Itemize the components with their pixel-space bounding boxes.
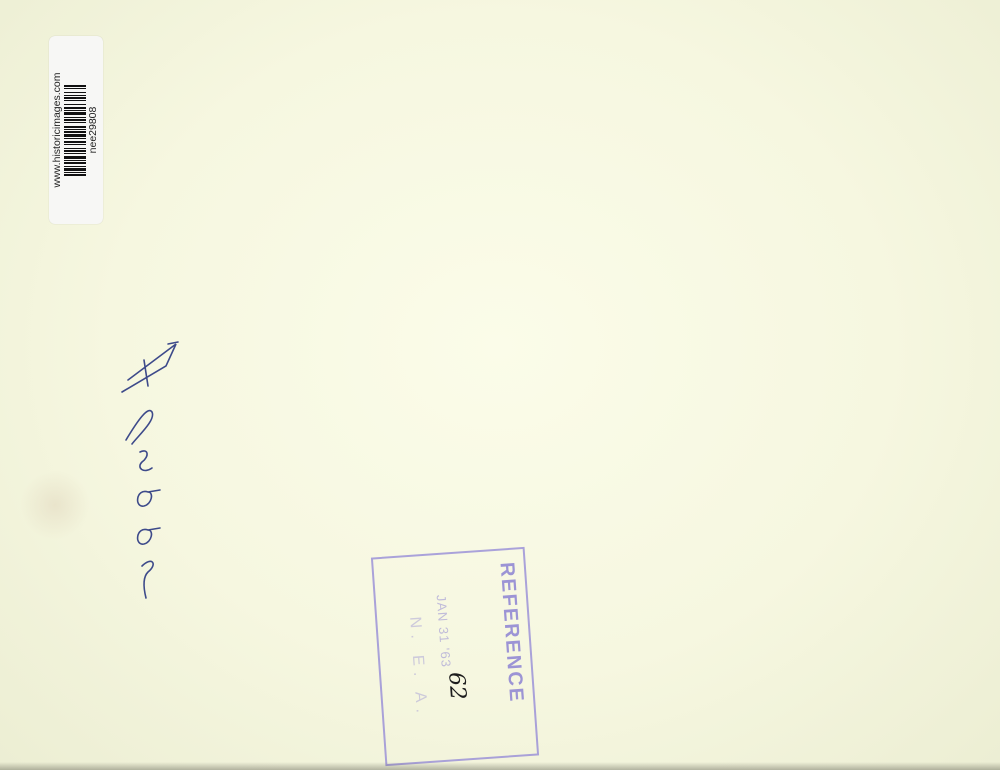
handwritten-year-correction: 62 — [443, 671, 470, 701]
barcode-url: www.historicimages.com — [51, 73, 63, 188]
barcode-id: nee29808 — [87, 107, 99, 154]
paper-smudge — [20, 470, 90, 540]
barcode-icon — [64, 84, 86, 176]
reference-stamp: REFERENCE JAN 31 '63 N. E. A. 62 — [371, 547, 539, 766]
photo-edge-shadow — [0, 762, 1000, 770]
barcode-label: www.historicimages.com nee29808 — [49, 36, 103, 224]
stamp-initials: N. E. A. — [405, 616, 430, 719]
stamp-date: JAN 31 '63 — [434, 594, 454, 668]
handwritten-id: A12002 — [108, 340, 198, 600]
stamp-heading: REFERENCE — [495, 561, 528, 704]
